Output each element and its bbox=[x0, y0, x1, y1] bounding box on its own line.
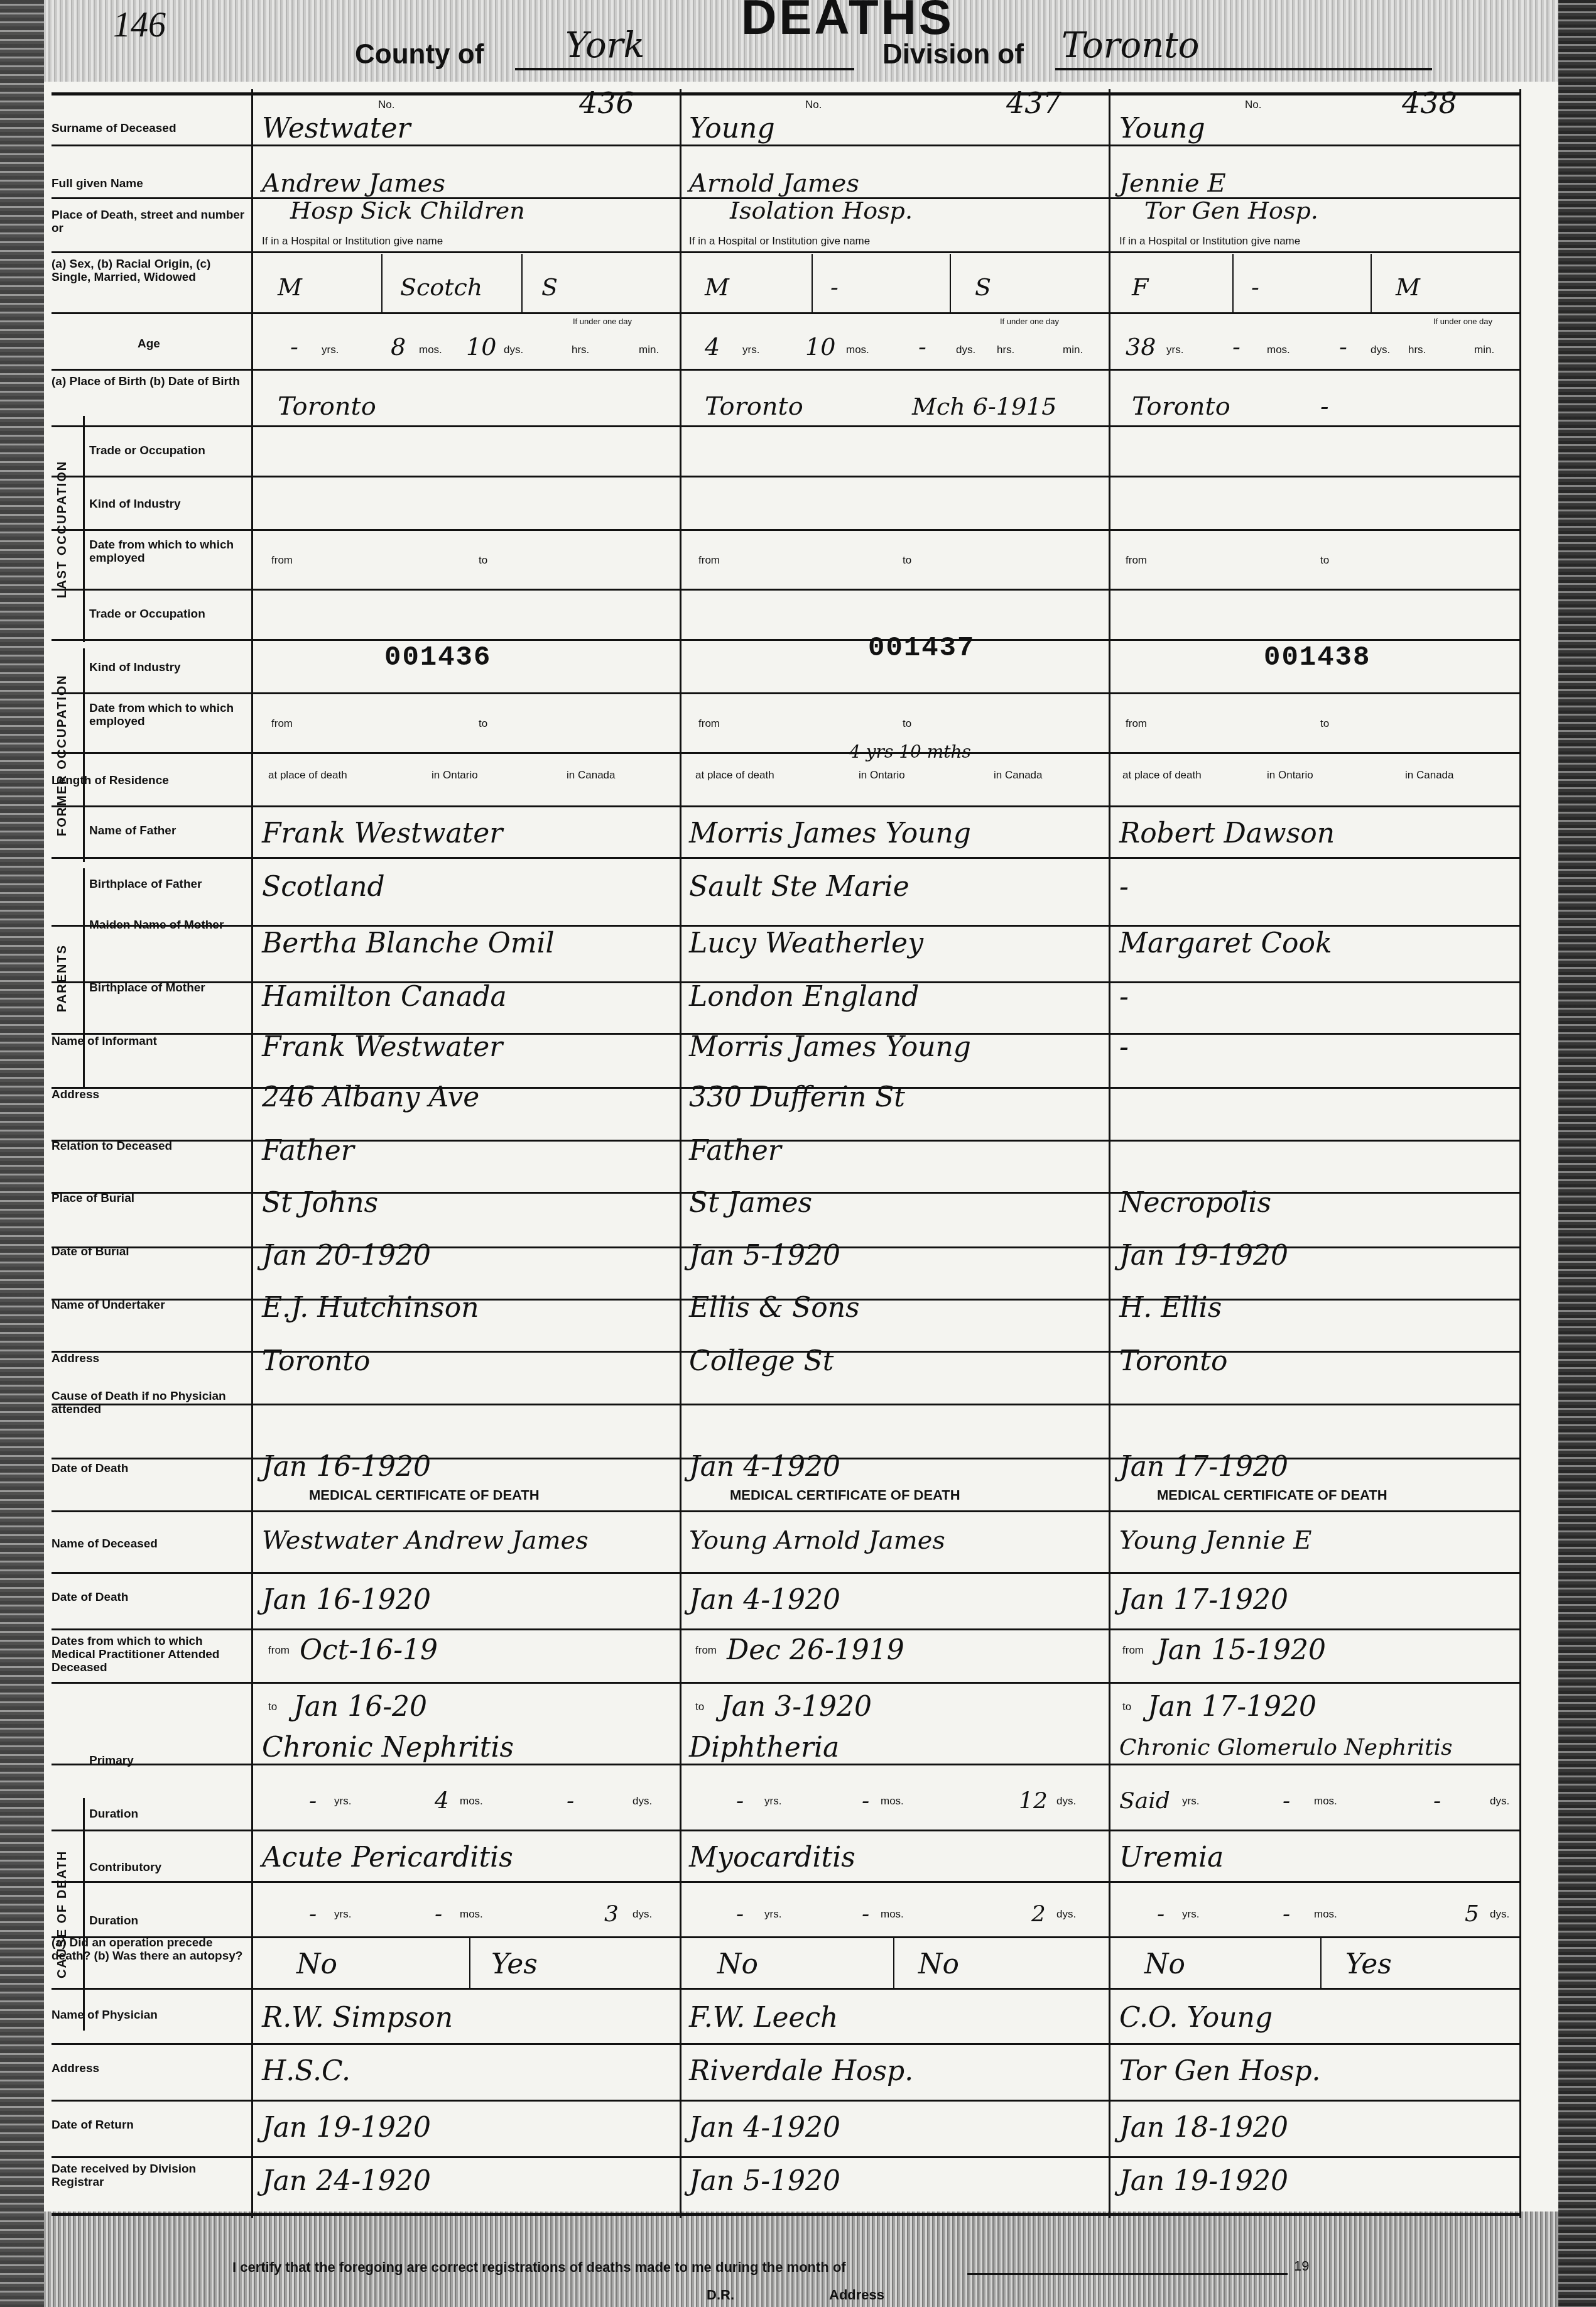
label-residence: Length of Residence bbox=[52, 774, 246, 787]
row-rule bbox=[52, 476, 1521, 477]
informant-name: Morris James Young bbox=[689, 1032, 971, 1063]
bracket bbox=[83, 416, 85, 642]
sub-divider bbox=[1320, 1936, 1322, 1988]
age-days: - bbox=[918, 331, 926, 363]
contributory-duration-years: - bbox=[1157, 1899, 1164, 1930]
autopsy: No bbox=[918, 1949, 959, 1980]
label-mother-birthplace: Birthplace of Mother bbox=[89, 981, 246, 995]
row-rule bbox=[52, 92, 1521, 95]
med-death-date: Jan 17-1920 bbox=[1119, 1584, 1288, 1616]
death-date: Jan 4-1920 bbox=[689, 1451, 840, 1483]
primary-duration-days: - bbox=[1433, 1786, 1441, 1817]
attended-from: Dec 26-1919 bbox=[727, 1635, 904, 1666]
age-days: 10 bbox=[466, 331, 496, 363]
death-date: Jan 16-1920 bbox=[262, 1451, 431, 1483]
county-value: York bbox=[565, 25, 645, 66]
to-label: to bbox=[479, 717, 487, 730]
yrs-label: yrs. bbox=[334, 1795, 351, 1808]
medical-certificate-header: MEDICAL CERTIFICATE OF DEATH bbox=[730, 1487, 960, 1503]
sub-divider bbox=[381, 254, 383, 312]
undertaker-address: Toronto bbox=[1119, 1346, 1227, 1377]
mos-label: mos. bbox=[1314, 1908, 1337, 1921]
in-ontario-label: in Ontario bbox=[859, 769, 905, 782]
contributory-duration-days: 3 bbox=[604, 1899, 619, 1930]
label-former-industry: Kind of Industry bbox=[89, 661, 246, 674]
dys-label: dys. bbox=[1056, 1795, 1076, 1808]
age-years: 4 bbox=[705, 331, 720, 363]
label-former-dates: Date from which to which employed bbox=[89, 702, 246, 728]
physician-name: C.O. Young bbox=[1119, 2002, 1273, 2034]
hospital-hint: If in a Hospital or Institution give nam… bbox=[1119, 235, 1300, 248]
contributory-duration-years: - bbox=[736, 1899, 744, 1930]
received-date: Jan 19-1920 bbox=[1119, 2166, 1288, 2197]
in-canada-label: in Canada bbox=[567, 769, 616, 782]
residence-ontario: 4 yrs 10 mths bbox=[849, 736, 971, 768]
from-label: from bbox=[271, 554, 293, 567]
yrs-label: yrs. bbox=[764, 1908, 781, 1921]
hrs-label: hrs. bbox=[572, 344, 589, 356]
row-rule bbox=[52, 925, 1521, 927]
mos-label: mos. bbox=[460, 1908, 483, 1921]
primary-duration-years: - bbox=[736, 1786, 744, 1817]
in-ontario-label: in Ontario bbox=[1267, 769, 1313, 782]
under-one-day-hint: If under one day bbox=[1000, 317, 1059, 326]
contributory-cause: Uremia bbox=[1119, 1842, 1224, 1873]
med-deceased-name: Young Arnold James bbox=[689, 1525, 945, 1556]
row-rule bbox=[52, 425, 1521, 427]
burial-place: St Johns bbox=[262, 1187, 378, 1219]
mos-label: mos. bbox=[846, 344, 869, 356]
label-cause-no-physician: Cause of Death if no Physician attended bbox=[52, 1390, 246, 1416]
surname: Young bbox=[689, 113, 775, 145]
year-prefix: 19 bbox=[1294, 2258, 1309, 2274]
dys-label: dys. bbox=[632, 1908, 652, 1921]
from-label: from bbox=[271, 717, 293, 730]
row-rule bbox=[52, 589, 1521, 591]
med-death-date: Jan 16-1920 bbox=[262, 1584, 431, 1616]
contributory-duration-months: - bbox=[435, 1899, 442, 1930]
label-med-name: Name of Deceased bbox=[52, 1537, 246, 1551]
dys-label: dys. bbox=[956, 344, 975, 356]
sub-divider bbox=[521, 254, 523, 312]
label-primary: Primary bbox=[89, 1754, 246, 1767]
return-date: Jan 19-1920 bbox=[262, 2112, 431, 2144]
burial-date: Jan 20-1920 bbox=[262, 1240, 431, 1272]
dys-label: dys. bbox=[1490, 1908, 1509, 1921]
in-ontario-label: in Ontario bbox=[432, 769, 478, 782]
row-rule bbox=[52, 1881, 1521, 1883]
from-label: from bbox=[1126, 554, 1147, 567]
side-label-parents: PARENTS bbox=[55, 868, 80, 1088]
under-one-day-hint: If under one day bbox=[1433, 317, 1492, 326]
father-name: Frank Westwater bbox=[262, 818, 502, 849]
birth-place: Toronto bbox=[1132, 391, 1230, 422]
label-physician: Name of Physician bbox=[52, 2009, 246, 2022]
no-label: No. bbox=[1245, 99, 1261, 111]
physician-address: H.S.C. bbox=[262, 2056, 350, 2087]
racial-origin: Scotch bbox=[400, 271, 482, 303]
sub-divider bbox=[812, 254, 813, 312]
mother-birthplace: London England bbox=[689, 981, 919, 1013]
no-label: No. bbox=[378, 99, 394, 111]
age-months: 8 bbox=[391, 331, 406, 363]
label-mother-maiden: Maiden Name of Mother bbox=[89, 919, 246, 932]
hrs-label: hrs. bbox=[997, 344, 1014, 356]
min-label: min. bbox=[1474, 344, 1494, 356]
mos-label: mos. bbox=[419, 344, 442, 356]
birth-place: Toronto bbox=[705, 391, 803, 422]
label-undertaker: Name of Undertaker bbox=[52, 1299, 246, 1312]
age-days: - bbox=[1339, 331, 1347, 363]
row-rule bbox=[52, 2043, 1521, 2045]
attended-to: Jan 3-1920 bbox=[720, 1691, 872, 1723]
row-rule bbox=[52, 1510, 1521, 1512]
from-label: from bbox=[698, 554, 720, 567]
label-physician-address: Address bbox=[52, 2062, 246, 2075]
mos-label: mos. bbox=[460, 1795, 483, 1808]
age-years: - bbox=[290, 331, 298, 363]
birth-place: Toronto bbox=[278, 391, 376, 422]
informant-address: 246 Albany Ave bbox=[262, 1082, 479, 1113]
label-primary-duration: Duration bbox=[89, 1808, 246, 1821]
undertaker-address: College St bbox=[689, 1346, 833, 1377]
father-birthplace: Scotland bbox=[262, 871, 385, 903]
informant-address: 330 Dufferin St bbox=[689, 1082, 905, 1113]
row-rule bbox=[52, 752, 1521, 754]
row-rule bbox=[52, 857, 1521, 859]
operation: No bbox=[717, 1949, 758, 1980]
mother-maiden-name: Bertha Blanche Omil bbox=[262, 928, 555, 959]
death-register-page: 146 DEATHS County of York Division of To… bbox=[0, 0, 1596, 2307]
operation: No bbox=[296, 1949, 337, 1980]
bracket bbox=[83, 1798, 85, 2031]
yrs-label: yrs. bbox=[1182, 1908, 1199, 1921]
relation: Father bbox=[689, 1135, 781, 1167]
row-rule bbox=[52, 1628, 1521, 1630]
burial-date: Jan 19-1920 bbox=[1119, 1240, 1288, 1272]
row-rule bbox=[52, 1682, 1521, 1684]
dys-label: dys. bbox=[1371, 344, 1390, 356]
contributory-cause: Acute Pericarditis bbox=[262, 1842, 513, 1873]
mother-maiden-name: Margaret Cook bbox=[1119, 928, 1332, 959]
label-undertaker-address: Address bbox=[52, 1352, 246, 1365]
scan-edge-right bbox=[1558, 0, 1596, 2307]
mos-label: mos. bbox=[1267, 344, 1290, 356]
row-rule bbox=[52, 1764, 1521, 1765]
autopsy: Yes bbox=[1345, 1949, 1392, 1980]
mother-maiden-name: Lucy Weatherley bbox=[689, 928, 923, 959]
bracket bbox=[83, 648, 85, 862]
attended-from: Jan 15-1920 bbox=[1157, 1635, 1326, 1666]
no-label: No. bbox=[805, 99, 822, 111]
label-former-trade: Trade or Occupation bbox=[89, 608, 246, 621]
autopsy: Yes bbox=[491, 1949, 538, 1980]
row-rule bbox=[52, 639, 1521, 641]
register-form: LAST OCCUPATION FORMER OCCUPATION PARENT… bbox=[52, 89, 1521, 2218]
row-rule bbox=[52, 1936, 1521, 1938]
mother-birthplace: Hamilton Canada bbox=[262, 981, 507, 1013]
med-deceased-name: Westwater Andrew James bbox=[262, 1525, 589, 1556]
sex: M bbox=[278, 271, 302, 303]
bracket bbox=[83, 868, 85, 1088]
from-label: from bbox=[695, 1644, 717, 1657]
sub-divider bbox=[893, 1936, 894, 1988]
primary-cause: Chronic Glomerulo Nephritis bbox=[1119, 1732, 1453, 1764]
dys-label: dys. bbox=[1056, 1908, 1076, 1921]
label-attended: Dates from which to which Medical Practi… bbox=[52, 1635, 246, 1674]
row-rule bbox=[52, 145, 1521, 146]
yrs-label: yrs. bbox=[322, 344, 339, 356]
yrs-label: yrs. bbox=[764, 1795, 781, 1808]
row-rule bbox=[52, 692, 1521, 694]
side-label-former-occupation: FORMER OCCUPATION bbox=[55, 648, 80, 862]
row-rule bbox=[52, 1404, 1521, 1405]
min-label: min. bbox=[1063, 344, 1083, 356]
contributory-cause: Myocarditis bbox=[689, 1842, 855, 1873]
row-rule bbox=[52, 1988, 1521, 1990]
column-divider bbox=[1519, 89, 1521, 2218]
row-rule bbox=[52, 2156, 1521, 2158]
page-number: 146 bbox=[113, 5, 166, 45]
label-med-death-date: Date of Death bbox=[52, 1591, 246, 1604]
to-label: to bbox=[903, 717, 911, 730]
mos-label: mos. bbox=[1314, 1795, 1337, 1808]
column-divider bbox=[251, 89, 253, 2218]
racial-origin: - bbox=[1251, 271, 1259, 303]
death-date: Jan 17-1920 bbox=[1119, 1451, 1288, 1483]
side-label-cause-of-death: CAUSE OF DEATH bbox=[55, 1798, 80, 2031]
row-rule bbox=[52, 2100, 1521, 2102]
birth-date: Mch 6-1915 bbox=[912, 391, 1056, 422]
label-place-of-death: Place of Death, street and number or bbox=[52, 209, 246, 235]
label-last-dates: Date from which to which employed bbox=[89, 538, 246, 565]
row-rule bbox=[52, 529, 1521, 531]
row-rule bbox=[52, 1830, 1521, 1831]
row-rule bbox=[52, 312, 1521, 314]
label-contributory-duration: Duration bbox=[89, 1914, 246, 1928]
label-relation: Relation to Deceased bbox=[52, 1140, 246, 1153]
label-father-name: Name of Father bbox=[89, 824, 246, 837]
yrs-label: yrs. bbox=[1182, 1795, 1199, 1808]
primary-duration-months: - bbox=[862, 1786, 869, 1817]
undertaker: H. Ellis bbox=[1119, 1292, 1222, 1324]
primary-duration-years: - bbox=[309, 1786, 317, 1817]
from-label: from bbox=[698, 717, 720, 730]
from-label: from bbox=[268, 1644, 290, 1657]
label-birth: (a) Place of Birth (b) Date of Birth bbox=[52, 375, 246, 388]
label-last-industry: Kind of Industry bbox=[89, 498, 246, 511]
in-canada-label: in Canada bbox=[1405, 769, 1454, 782]
primary-duration-years: Said bbox=[1119, 1786, 1170, 1817]
certification-statement: I certify that the foregoing are correct… bbox=[232, 2259, 846, 2276]
label-return-date: Date of Return bbox=[52, 2119, 246, 2132]
label-father-birthplace: Birthplace of Father bbox=[89, 878, 246, 891]
medical-certificate-header: MEDICAL CERTIFICATE OF DEATH bbox=[1157, 1487, 1387, 1503]
row-rule bbox=[52, 805, 1521, 807]
at-place-label: at place of death bbox=[695, 769, 774, 782]
return-date: Jan 18-1920 bbox=[1119, 2112, 1288, 2144]
yrs-label: yrs. bbox=[742, 344, 759, 356]
yrs-label: yrs. bbox=[334, 1908, 351, 1921]
county-label: County of bbox=[355, 39, 484, 70]
physician-address: Tor Gen Hosp. bbox=[1119, 2056, 1321, 2087]
place-of-death: Hosp Sick Children bbox=[290, 195, 525, 226]
dr-label: D.R. bbox=[707, 2287, 734, 2303]
father-name: Robert Dawson bbox=[1119, 818, 1335, 849]
label-given-name: Full given Name bbox=[52, 177, 246, 190]
to-label: to bbox=[1320, 554, 1329, 567]
mos-label: mos. bbox=[881, 1795, 904, 1808]
attended-to: Jan 16-20 bbox=[293, 1691, 427, 1723]
surname: Westwater bbox=[262, 113, 411, 145]
sex: M bbox=[705, 271, 729, 303]
label-burial-place: Place of Burial bbox=[52, 1192, 246, 1205]
physician-address: Riverdale Hosp. bbox=[689, 2056, 913, 2087]
scan-edge-left bbox=[0, 0, 44, 2307]
row-rule bbox=[52, 251, 1521, 253]
received-date: Jan 24-1920 bbox=[262, 2166, 431, 2197]
row-rule bbox=[52, 369, 1521, 371]
county-underline bbox=[515, 68, 854, 70]
relation: Father bbox=[262, 1135, 354, 1167]
burial-place: Necropolis bbox=[1119, 1187, 1271, 1219]
in-canada-label: in Canada bbox=[994, 769, 1043, 782]
primary-duration-days: 12 bbox=[1019, 1786, 1048, 1817]
father-birthplace: - bbox=[1119, 871, 1129, 903]
place-of-death: Isolation Hosp. bbox=[730, 195, 913, 226]
record-stamp: 001438 bbox=[1264, 642, 1371, 674]
record-number: 436 bbox=[579, 86, 634, 120]
operation: No bbox=[1144, 1949, 1185, 1980]
contributory-duration-days: 5 bbox=[1465, 1899, 1479, 1930]
primary-duration-days: - bbox=[567, 1786, 574, 1817]
father-name: Morris James Young bbox=[689, 818, 971, 849]
medical-certificate-header: MEDICAL CERTIFICATE OF DEATH bbox=[309, 1487, 540, 1503]
dys-label: dys. bbox=[1490, 1795, 1509, 1808]
label-burial-date: Date of Burial bbox=[52, 1245, 246, 1258]
contributory-duration-days: 2 bbox=[1031, 1899, 1046, 1930]
burial-date: Jan 5-1920 bbox=[689, 1240, 840, 1272]
primary-duration-months: 4 bbox=[435, 1786, 449, 1817]
attended-to: Jan 17-1920 bbox=[1148, 1691, 1316, 1723]
sex: F bbox=[1132, 271, 1148, 303]
to-label: to bbox=[479, 554, 487, 567]
undertaker: E.J. Hutchinson bbox=[262, 1292, 479, 1324]
marital-status: S bbox=[975, 271, 991, 303]
contributory-duration-months: - bbox=[1283, 1899, 1290, 1930]
label-sex-origin-status: (a) Sex, (b) Racial Origin, (c) Single, … bbox=[52, 258, 246, 284]
dys-label: dys. bbox=[504, 344, 523, 356]
age-months: - bbox=[1232, 331, 1240, 363]
surname: Young bbox=[1119, 113, 1205, 145]
age-years: 38 bbox=[1126, 331, 1156, 363]
hospital-hint: If in a Hospital or Institution give nam… bbox=[689, 235, 870, 248]
record-stamp: 001437 bbox=[868, 633, 975, 664]
yrs-label: yrs. bbox=[1166, 344, 1183, 356]
primary-cause: Chronic Nephritis bbox=[262, 1732, 514, 1764]
address-label: Address bbox=[829, 2287, 884, 2303]
hrs-label: hrs. bbox=[1408, 344, 1426, 356]
primary-cause: Diphtheria bbox=[689, 1732, 839, 1764]
at-place-label: at place of death bbox=[268, 769, 347, 782]
to-label: to bbox=[903, 554, 911, 567]
row-rule bbox=[52, 1572, 1521, 1574]
label-contributory: Contributory bbox=[89, 1861, 246, 1874]
mother-birthplace: - bbox=[1119, 981, 1129, 1013]
informant-name: - bbox=[1119, 1032, 1129, 1063]
sub-divider bbox=[1232, 254, 1234, 312]
column-divider bbox=[680, 89, 681, 2218]
to-label: to bbox=[268, 1701, 277, 1713]
primary-duration-months: - bbox=[1283, 1786, 1290, 1817]
physician-name: F.W. Leech bbox=[689, 2002, 838, 2034]
to-label: to bbox=[1122, 1701, 1131, 1713]
sub-divider bbox=[1371, 254, 1372, 312]
med-death-date: Jan 4-1920 bbox=[689, 1584, 840, 1616]
label-surname: Surname of Deceased bbox=[52, 122, 246, 135]
from-label: from bbox=[1126, 717, 1147, 730]
sub-divider bbox=[950, 254, 951, 312]
month-blank-line bbox=[967, 2273, 1288, 2275]
med-deceased-name: Young Jennie E bbox=[1119, 1525, 1311, 1556]
column-divider bbox=[1109, 89, 1110, 2218]
place-of-death: Tor Gen Hosp. bbox=[1144, 195, 1318, 226]
marital-status: S bbox=[541, 271, 558, 303]
birth-date: - bbox=[1320, 391, 1329, 422]
dys-label: dys. bbox=[632, 1795, 652, 1808]
hospital-hint: If in a Hospital or Institution give nam… bbox=[262, 235, 443, 248]
under-one-day-hint: If under one day bbox=[573, 317, 632, 326]
min-label: min. bbox=[639, 344, 659, 356]
record-number: 437 bbox=[1006, 86, 1061, 120]
contributory-duration-years: - bbox=[309, 1899, 317, 1930]
informant-name: Frank Westwater bbox=[262, 1032, 502, 1063]
label-death-date: Date of Death bbox=[52, 1462, 246, 1475]
mos-label: mos. bbox=[881, 1908, 904, 1921]
record-stamp: 001436 bbox=[384, 642, 491, 674]
label-age: Age bbox=[52, 337, 246, 351]
to-label: to bbox=[695, 1701, 704, 1713]
burial-place: St James bbox=[689, 1187, 812, 1219]
sub-divider bbox=[469, 1936, 470, 1988]
father-birthplace: Sault Ste Marie bbox=[689, 871, 909, 903]
division-underline bbox=[1055, 68, 1432, 70]
to-label: to bbox=[1320, 717, 1329, 730]
label-received-date: Date received by Division Registrar bbox=[52, 2162, 246, 2189]
from-label: from bbox=[1122, 1644, 1144, 1657]
marital-status: M bbox=[1396, 271, 1420, 303]
attended-from: Oct-16-19 bbox=[300, 1635, 438, 1666]
racial-origin: - bbox=[830, 271, 839, 303]
physician-name: R.W. Simpson bbox=[262, 2002, 453, 2034]
at-place-label: at place of death bbox=[1122, 769, 1202, 782]
row-rule bbox=[52, 2213, 1521, 2216]
age-months: 10 bbox=[805, 331, 835, 363]
label-informant: Name of Informant bbox=[52, 1035, 246, 1048]
record-number: 438 bbox=[1402, 86, 1457, 120]
side-label-last-occupation: LAST OCCUPATION bbox=[55, 416, 80, 642]
label-informant-address: Address bbox=[52, 1088, 246, 1101]
return-date: Jan 4-1920 bbox=[689, 2112, 840, 2144]
undertaker-address: Toronto bbox=[262, 1346, 370, 1377]
contributory-duration-months: - bbox=[862, 1899, 869, 1930]
received-date: Jan 5-1920 bbox=[689, 2166, 840, 2197]
division-label: Division of bbox=[882, 39, 1024, 70]
label-operation-autopsy: (a) Did an operation precede death? (b) … bbox=[52, 1936, 246, 1963]
undertaker: Ellis & Sons bbox=[689, 1292, 860, 1324]
division-value: Toronto bbox=[1061, 25, 1200, 66]
label-last-trade: Trade or Occupation bbox=[89, 444, 246, 457]
